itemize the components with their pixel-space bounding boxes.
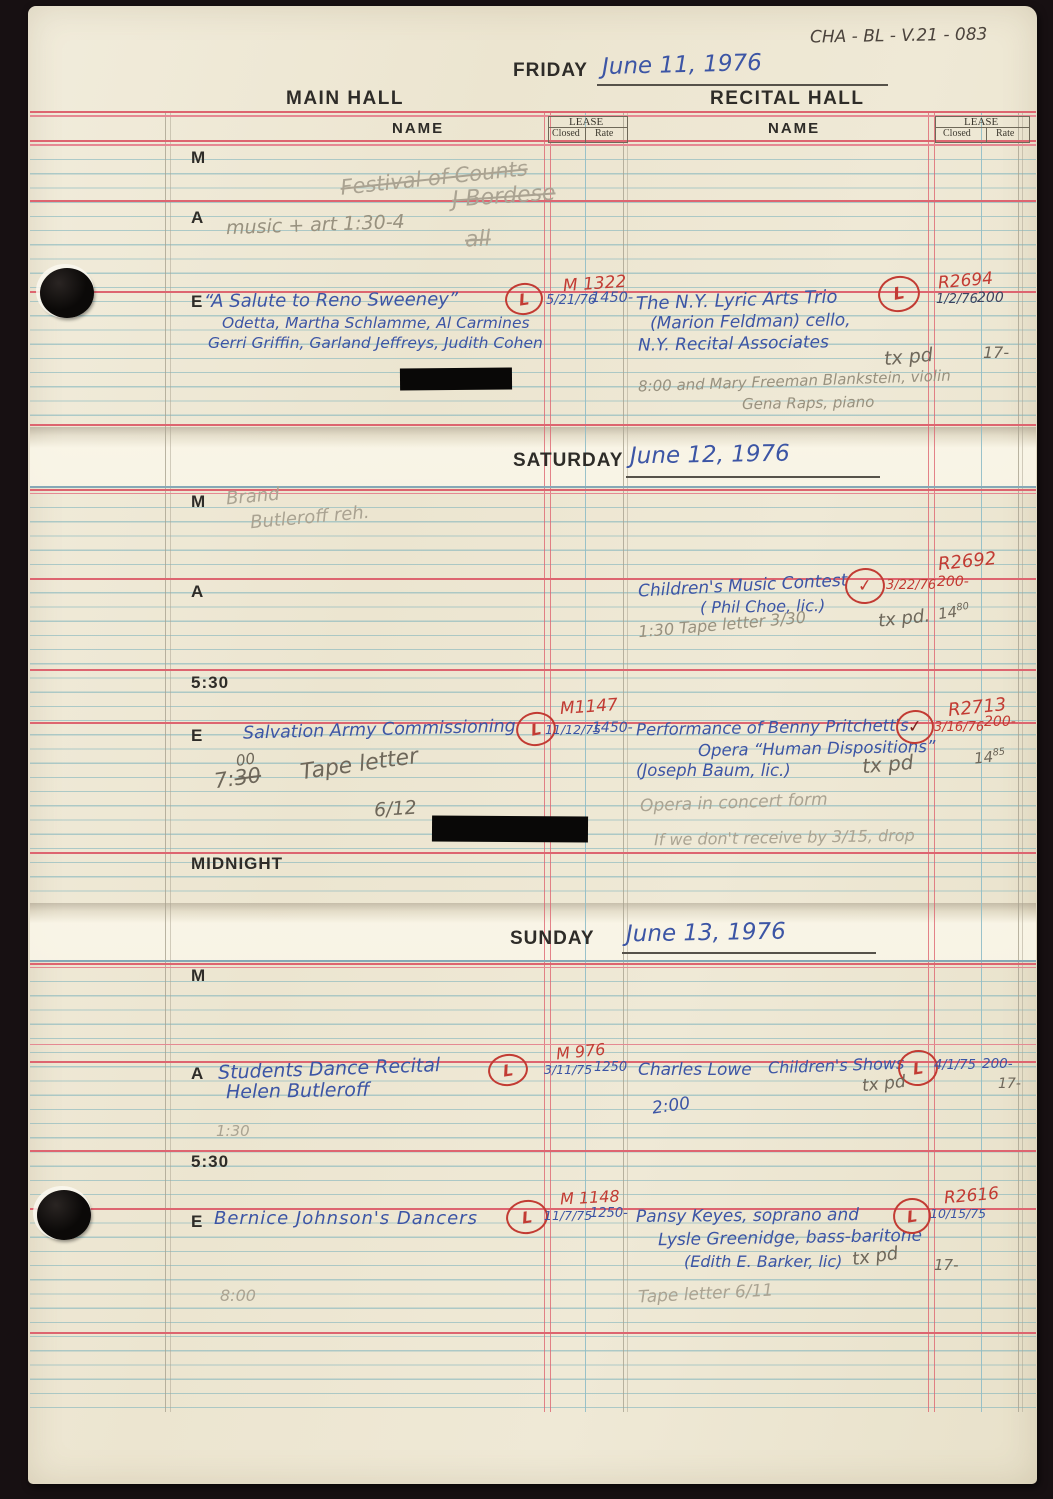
lease-header-recital: LEASE [964, 116, 998, 128]
hrule [30, 493, 1036, 494]
rate-value: 1450- [592, 720, 633, 736]
row-label-530: 5:30 [191, 1152, 229, 1172]
rate-header-main: Rate [595, 128, 613, 139]
event-performers: (Marion Feldman) cello, [650, 310, 851, 333]
row-label-e: E [191, 726, 203, 746]
fee-note: 17- [934, 1256, 959, 1274]
closed-header-main: Closed [552, 128, 580, 139]
lease-box-vdivider [585, 127, 586, 142]
pencil-note: 8:00 [220, 1286, 256, 1305]
rate-header-recital: Rate [996, 128, 1014, 139]
event-performers: Helen Butleroff [226, 1079, 370, 1104]
archive-code: CHA - BL - V.21 - 083 [810, 24, 988, 47]
redaction-bar [400, 368, 512, 391]
vrule-recital-end-a [1018, 111, 1019, 1412]
hrule [30, 140, 1036, 142]
event-title: Pansy Keyes, soprano and [636, 1205, 859, 1227]
event-performers: Gerri Griffin, Garland Jeffreys, Judith … [208, 334, 543, 352]
closed-date: 3/11/75 [544, 1062, 592, 1077]
event-title: “A Salute to Reno Sweeney” [204, 289, 458, 312]
fee-note: 17- [983, 343, 1009, 362]
event-performers: Odetta, Martha Schlamme, Al Carmines [222, 314, 530, 332]
hole-punch-top [40, 268, 94, 318]
pencil-note-struck: all [464, 226, 491, 252]
pencil-note: 1:30 [216, 1122, 250, 1140]
hrule [30, 960, 1036, 962]
row-label-e: E [191, 1212, 203, 1232]
tax-paid-note: tx pd [861, 750, 914, 778]
rate-value: 200- [982, 1056, 1013, 1072]
fee-sup: 85 [992, 746, 1006, 758]
row-label-m: M [191, 492, 206, 512]
day-label-saturday: SATURDAY [513, 450, 623, 472]
hrule [30, 144, 1036, 146]
date-underline-saturday [626, 476, 880, 478]
scanned-ledger-page: { "archive_code": "CHA - BL - V.21 - 083… [0, 0, 1053, 1499]
rate-value: 1250 [594, 1060, 627, 1075]
lease-box-vdivider [986, 127, 987, 142]
fee-main: 14 [973, 748, 994, 768]
event-licensee: (Edith E. Barker, lic) [684, 1252, 842, 1271]
event-performers: N.Y. Recital Associates [638, 332, 829, 355]
closed-header-recital: Closed [943, 128, 971, 139]
lease-box-recital: LEASE Closed Rate [935, 116, 1030, 143]
closed-date: 1/2/76 [936, 292, 978, 307]
name-header-recital: NAME [768, 120, 820, 137]
booking-number: M1147 [559, 695, 618, 719]
hrule [30, 669, 1036, 671]
row-label-a: A [191, 208, 204, 228]
hrule [30, 115, 1036, 117]
hrule [30, 963, 1036, 965]
tax-paid-note: tx pd [883, 344, 934, 370]
row-label-e: E [191, 292, 203, 312]
closed-date: 4/1/75 [934, 1058, 976, 1073]
fee-sup: 80 [956, 601, 970, 614]
rate-value: 1450- [591, 290, 633, 306]
hrule [30, 424, 1036, 426]
date-underline-sunday [622, 952, 876, 954]
event-title: Bernice Johnson's Dancers [214, 1208, 478, 1229]
row-label-midnight: MIDNIGHT [191, 854, 283, 874]
recital-hall-header: RECITAL HALL [710, 88, 865, 110]
ruling-sunday [30, 968, 1036, 1410]
day-label-sunday: SUNDAY [510, 928, 595, 950]
lease-box-main: LEASE Closed Rate [548, 116, 628, 143]
vrule-recital-end-b [1022, 111, 1023, 1412]
lease-header-main: LEASE [569, 116, 603, 128]
date-underline-friday [597, 84, 888, 86]
rate-value: 200- [937, 574, 969, 590]
date-friday: June 11, 1976 [602, 50, 762, 80]
main-hall-header: MAIN HALL [286, 88, 404, 110]
date-sunday: June 13, 1976 [626, 919, 786, 948]
fee-note: 17- [998, 1076, 1021, 1092]
redaction-bar [432, 815, 588, 842]
pencil-note: Gena Raps, piano [742, 393, 875, 413]
hrule [30, 852, 1036, 854]
fee-note: 1485 [973, 746, 1006, 767]
event-title: Charles Lowe [638, 1060, 752, 1080]
vrule-margin2 [170, 111, 171, 1412]
closed-date: 5/21/76 [546, 293, 596, 308]
row-label-a: A [191, 582, 204, 602]
fee-main: 14 [937, 603, 958, 623]
row-label-530: 5:30 [191, 673, 229, 693]
hrule [30, 111, 1036, 113]
time-new: 00 [235, 749, 256, 769]
row-label-m: M [191, 148, 206, 168]
event-licensee: (Joseph Baum, lic.) [636, 761, 791, 780]
hrule [30, 489, 1036, 491]
closed-date: 3/16/76 [934, 720, 984, 735]
closed-date: 10/15/75 [930, 1206, 986, 1221]
hrule [30, 967, 1036, 968]
day-label-friday: FRIDAY [513, 60, 588, 82]
rate-value: 1250- [590, 1206, 628, 1221]
rate-value: 200- [984, 714, 1016, 730]
hrule [30, 1150, 1036, 1152]
row-label-a: A [191, 1064, 204, 1084]
vrule-margin [165, 111, 166, 1412]
closed-date: 11/7/75 [544, 1208, 592, 1223]
row-label-m: M [191, 966, 206, 986]
hrule [30, 486, 1036, 488]
rate-value: 200 [977, 290, 1004, 306]
date-saturday: June 12, 1976 [630, 441, 790, 470]
closed-date: 3/22/76 [886, 578, 936, 593]
hrule [30, 1044, 1036, 1045]
hrule [30, 1332, 1036, 1334]
pencil-note: 6/12 [373, 797, 417, 822]
name-header-main: NAME [392, 120, 444, 137]
hole-punch-bottom [37, 1190, 91, 1240]
